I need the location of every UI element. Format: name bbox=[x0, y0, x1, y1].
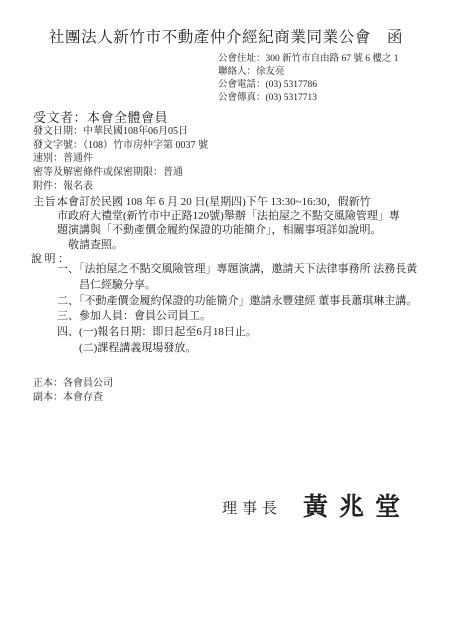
contact-person: 聯絡人：徐友亮 bbox=[218, 66, 399, 79]
description-item-4: 四、(一)報名日期：即日起至6月18日止。 (二)課程講義現場發放。 bbox=[57, 325, 437, 357]
description-item-2: 二、「不動產價金履約保證的功能簡介」邀請永豐建經 董事長蕭琪琳主講。 bbox=[57, 294, 437, 310]
association-contact-block: 公會住址：300 新竹市自由路 67 號 6 樓之 1 聯絡人：徐友亮 公會電話… bbox=[218, 53, 399, 105]
association-fax: 公會傳真：(03) 5317713 bbox=[218, 92, 399, 105]
original-copy-line: 正本：各會員公司 bbox=[33, 377, 113, 391]
duplicate-copy-line: 副本：本會存查 bbox=[33, 391, 113, 405]
copies-section: 正本：各會員公司 副本：本會存查 bbox=[33, 377, 113, 405]
recipient-line: 受文者：本會全體會員 bbox=[33, 107, 168, 126]
attachment-line: 附件：報名表 bbox=[33, 180, 208, 194]
reference-number-line: 發文字號：（108）竹市房仲字第 0037 號 bbox=[33, 139, 208, 153]
chairman-name: 黃兆堂 bbox=[303, 487, 411, 523]
subject-text: 本會訂於民國 108 年 6 月 20 日(星期四)下午 13:30~16:30… bbox=[57, 195, 425, 252]
chairman-title: 理事長 bbox=[222, 497, 282, 518]
official-letter-page: 社團法人新竹市不動產仲介經紀商業同業公會 函 公會住址：300 新竹市自由路 6… bbox=[0, 0, 452, 640]
document-meta-block: 發文日期：中華民國108年06月05日 發文字號：（108）竹市房仲字第 003… bbox=[33, 125, 208, 194]
description-item-1: 一、「法拍屋之不點交風險管理」專題演講，邀請天下法律事務所 法務長黃 昌仁經驗分… bbox=[57, 262, 437, 294]
document-title: 社團法人新竹市不動產仲介經紀商業同業公會 函 bbox=[0, 25, 452, 47]
security-class-line: 密等及解密條件或保密期限：普通 bbox=[33, 166, 208, 180]
speed-class-line: 速別：普通件 bbox=[33, 152, 208, 166]
description-items: 一、「法拍屋之不點交風險管理」專題演講，邀請天下法律事務所 法務長黃 昌仁經驗分… bbox=[57, 262, 437, 357]
subject-section: 主旨： 本會訂於民國 108 年 6 月 20 日(星期四)下午 13:30~1… bbox=[33, 195, 425, 252]
issue-date-line: 發文日期：中華民國108年06月05日 bbox=[33, 125, 208, 139]
description-item-3: 三、參加人員：會員公司員工。 bbox=[57, 309, 437, 325]
association-address: 公會住址：300 新竹市自由路 67 號 6 樓之 1 bbox=[218, 53, 399, 66]
subject-label: 主旨： bbox=[33, 195, 68, 209]
association-phone: 公會電話：(03) 5317786 bbox=[218, 79, 399, 92]
